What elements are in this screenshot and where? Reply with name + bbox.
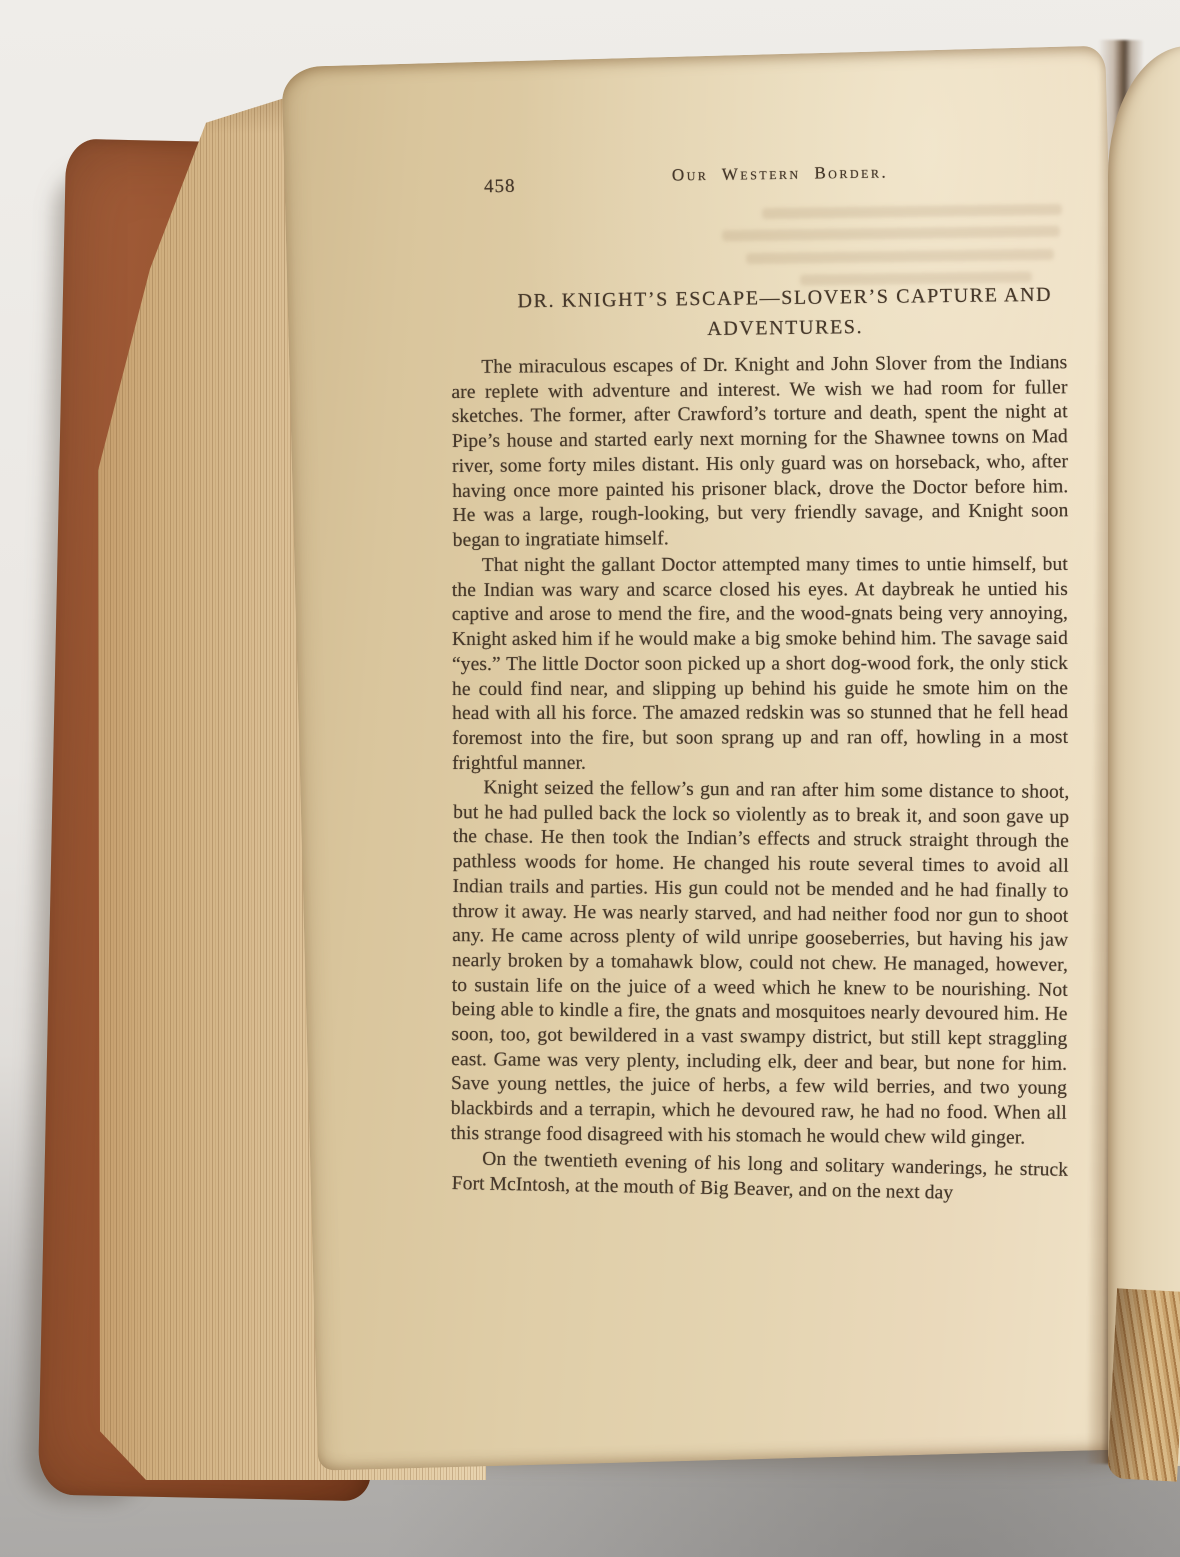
photo-of-open-book: 458 Our Western Border. DR. KNIGHT’S ESC… [0, 0, 1180, 1557]
paragraph-1: The miraculous escapes of Dr. Knight and… [451, 351, 1069, 553]
paragraph-3: Knight seized the fellow’s gun and ran a… [451, 776, 1070, 1151]
chapter-heading: DR. KNIGHT’S ESCAPE—SLOVER’S CAPTURE AND… [460, 279, 1111, 347]
paragraph-4: On the twentieth evening of his long and… [452, 1147, 1069, 1208]
page-number: 458 [484, 176, 516, 199]
page-content: 458 Our Western Border. DR. KNIGHT’S ESC… [0, 0, 1180, 1557]
running-head: Our Western Border. [610, 162, 950, 187]
body-text: The miraculous escapes of Dr. Knight and… [452, 356, 1068, 1196]
paragraph-2: That night the gallant Doctor attempted … [452, 553, 1068, 776]
